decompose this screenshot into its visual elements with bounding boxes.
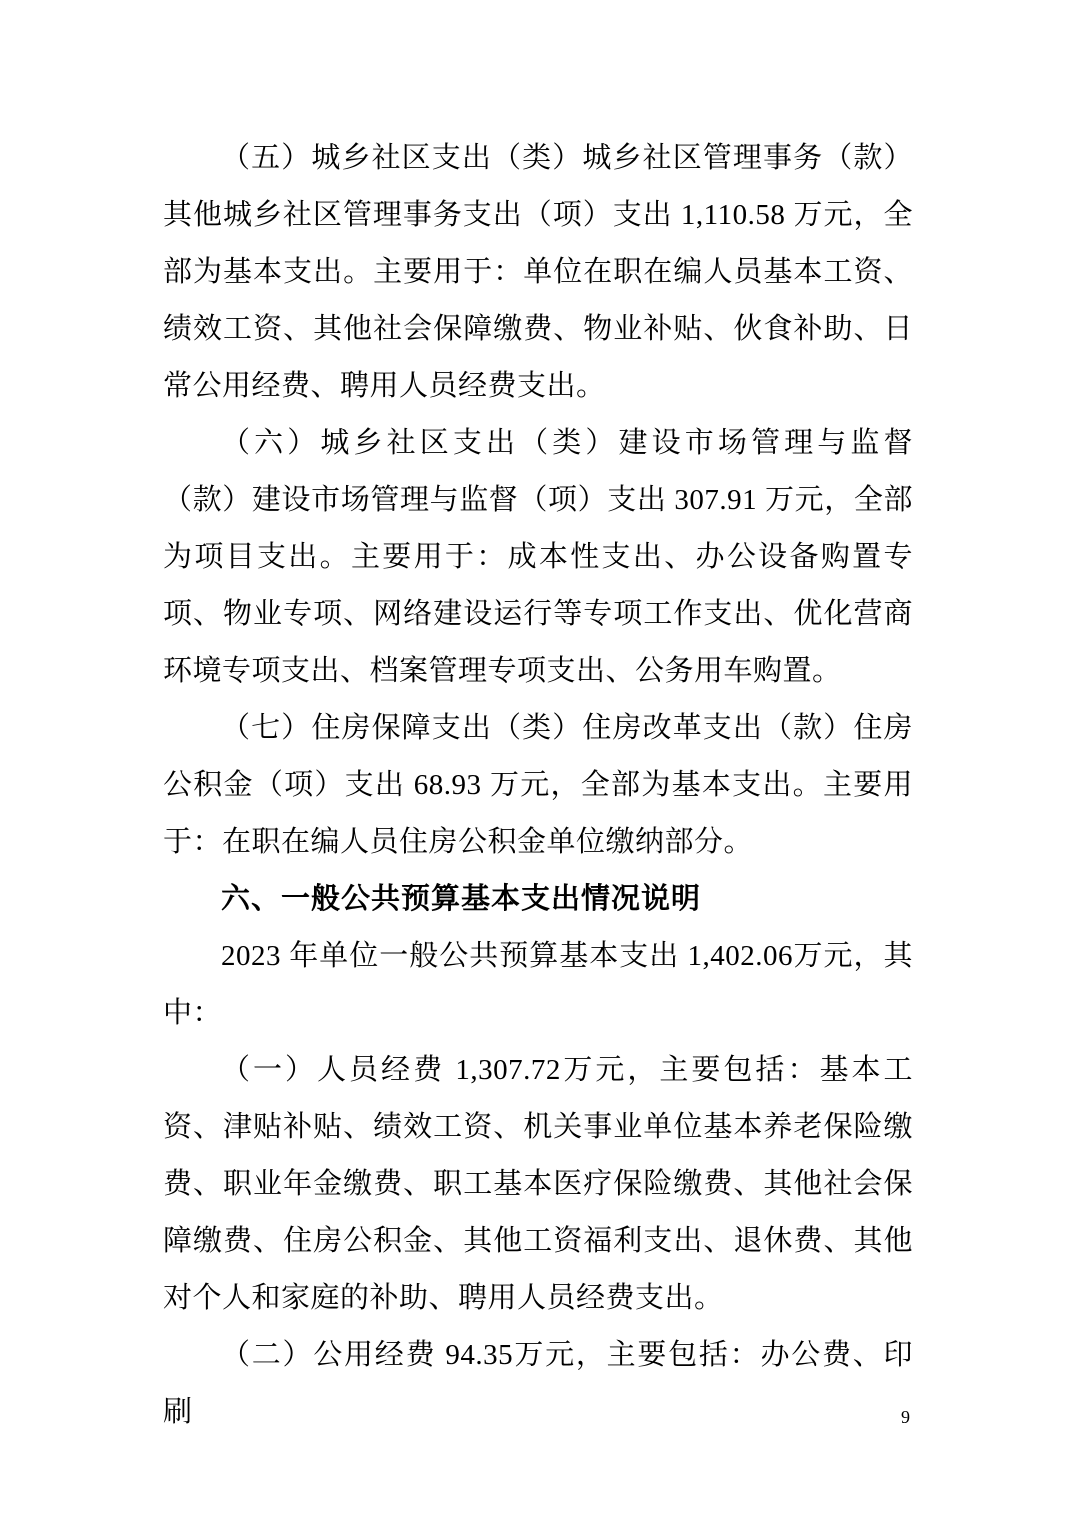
page-number: 9 <box>901 1406 910 1428</box>
paragraph-7-housing-security: （七）住房保障支出（类）住房改革支出（款）住房公积金（项）支出 68.93 万元… <box>163 700 913 871</box>
document-page: （五）城乡社区支出（类）城乡社区管理事务（款）其他城乡社区管理事务支出（项）支出… <box>0 0 1075 1520</box>
paragraph-6-construction-market-supervision: （六）城乡社区支出（类）建设市场管理与监督（款）建设市场管理与监督（项）支出 3… <box>163 415 913 700</box>
paragraph-2023-basic-expenditure-total: 2023 年单位一般公共预算基本支出 1,402.06万元，其中： <box>163 928 913 1042</box>
section-heading-basic-expenditure: 六、一般公共预算基本支出情况说明 <box>163 871 913 928</box>
document-body: （五）城乡社区支出（类）城乡社区管理事务（款）其他城乡社区管理事务支出（项）支出… <box>163 130 913 1441</box>
paragraph-5-urban-community-management: （五）城乡社区支出（类）城乡社区管理事务（款）其他城乡社区管理事务支出（项）支出… <box>163 130 913 415</box>
paragraph-2-public-funds: （二）公用经费 94.35万元，主要包括：办公费、印刷 <box>163 1327 913 1441</box>
paragraph-1-personnel-funds: （一）人员经费 1,307.72万元，主要包括：基本工资、津贴补贴、绩效工资、机… <box>163 1042 913 1327</box>
